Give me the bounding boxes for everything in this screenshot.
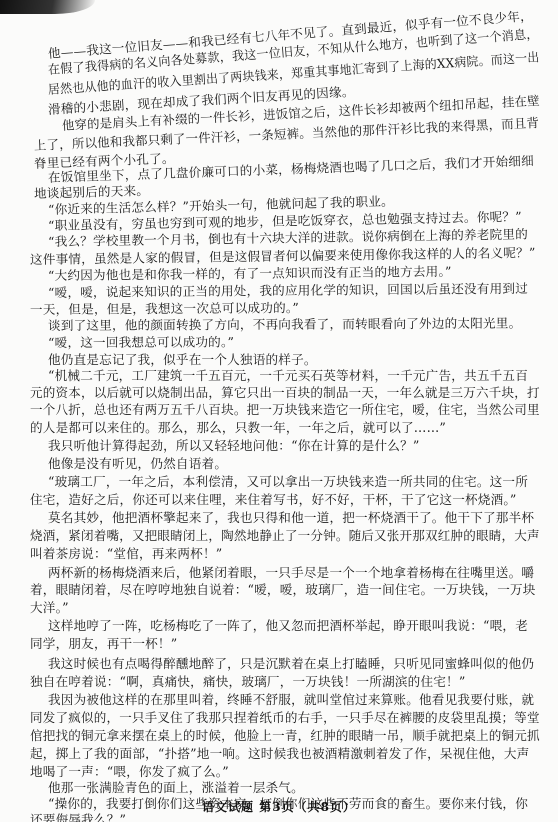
text-line: 我因为被他这样的在那里叫着，终睡不舒服，就叫堂倌过来算账。他看见我要付账，就 [48, 692, 534, 708]
text-line: 叫着茶房说：“堂倌，再来两杯！” [30, 546, 222, 562]
page-footer: 语文试题 第3页（共8页） [0, 798, 558, 815]
text-line: 元的资本，以后就可以烧制出品，算它只出一百块的制品一天，一年么就是三万六千块，打 [30, 385, 540, 401]
text-line: 住宅，造好之后，你还可以来住哩，来住着写书，好不好，干杯，干了它这一杯烧酒。” [30, 492, 517, 508]
text-line: 烧酒，紧闭着嘴，又把眼睛闭上，陶然地静止了一分钟。随后又张开那双红肿的眼睛，大声 [30, 528, 540, 544]
text-line: 他那一张满脸青色的面上，涨溢着一层杀气。 [48, 780, 304, 796]
scanned-exam-page: 他——我这一位旧友——和我已经有七八年不见了。直到最近，似乎有一位不良少年，在假… [0, 0, 558, 822]
text-line: 他像是没有听见，仍然自语着。 [48, 456, 227, 472]
text-line: 同学，朋友，再干一杯！” [30, 636, 177, 652]
text-line: 起，掷上了我的面部，“扑搭”地一响。这时候我也被酒精激刺着发了作，呆视住他，大声 [30, 746, 529, 762]
text-line: 大洋。” [30, 600, 69, 616]
text-line: 倌把找的铜元拿来摆在桌上的时候，他脸上一青，红肿的眼睛一吊，顺手就把桌上的铜元抓 [30, 728, 540, 744]
text-line: 我只听他计算得起劲，所以又轻轻地问他：“你在计算的是什么？” [48, 438, 420, 454]
text-line: 着，眼睛闭着，尽在哼哼地独自说着：“嗳，嗳，玻璃厂，造一间住宅。一万块钱，一万块 [30, 582, 536, 598]
text-line: 的人是都可以来住的。那么，那么，只教一年，一年之后，就可以了……” [30, 420, 446, 436]
text-line: 两杯新的杨梅烧酒来后，他紧闭着眼，一只手尽是一个一个地拿着杨梅在往嘴里送。嚼 [48, 565, 534, 581]
text-line: 地喝了一声：“喂，你发了疯了么。” [30, 764, 229, 780]
text-line: 他仍直是忘记了我，似乎在一个人独语的样子。 [48, 352, 317, 368]
text-line: 一个八折，总也还有两万五千八百块。把一万块钱来造它一所住宅，嗳，住宅，当然公司里 [30, 402, 540, 418]
text-line: 这样地哼了一阵，吃杨梅吃了一阵了，他又忽而把酒杯举起，睁开眼叫我说：“喂，老 [48, 618, 528, 634]
scan-smudge [0, 0, 95, 14]
text-line: 一天，但是，但是，我想这一次总可以成功的。” [30, 300, 299, 318]
text-line: 谈到了这里，他的颜面转换了方向，不再向我看了，而转眼看向了外边的太阳光里。 [48, 316, 521, 334]
text-line: “嗳，这一回我想总可以成功的。” [48, 334, 234, 351]
text-line: “机械二千元，工厂建筑一千五百元，一千元买石英等材料，一千元广告，共五千五百 [48, 368, 528, 384]
text-line: 独自在哼着说：“啊，真痛快，痛快，玻璃厂，一万块钱！一所湖滨的住宅！” [30, 674, 465, 690]
text-line: “大约因为他也是和你我一样的，有了一点知识而没有正当的地方去用。” [48, 264, 452, 284]
text-line: “玻璃工厂，一年之后，本利偿清，又可以拿出一万块钱来造一所共同的住宅。这一所 [48, 474, 528, 490]
text-line: 同发了疯似的，一只手叉住了我那只捏着纸币的右手，一只手尽在裤腰的皮袋里乱摸；等堂 [30, 710, 540, 726]
text-line: “嗳，嗳，说起来知识的正当的用处，我的应用化学的知识，回国以后虽还没有用到过 [48, 281, 528, 301]
text-line: 我这时候也有点喝得醉醺地醉了，只是沉默着在桌上打瞌睡，只听见同蜜蜂叫似的他仍 [48, 656, 534, 672]
text-line: 莫名其妙，他把酒杯擎起来了，我也只得和他一道，把一杯烧酒干了。他干下了那半杯 [48, 510, 534, 526]
